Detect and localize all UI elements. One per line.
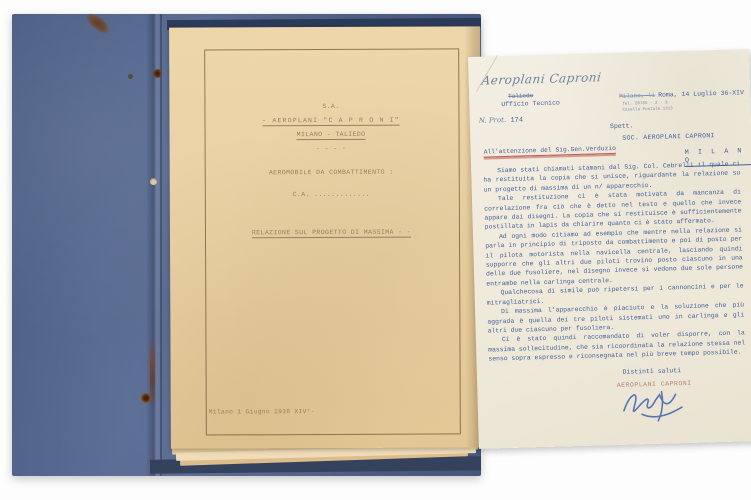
letter-body: Siamo stati chiamati stamani dal Sig. Co… — [483, 159, 745, 364]
cover-dateline: Milano 1 Giugno 1936 XIV°- — [209, 408, 315, 415]
cover-title: RELAZIONE SUL PROGETTO DI MASSIMA - - — [205, 228, 458, 236]
dateline-text: Roma, 14 Luglio 36-XIV — [658, 89, 744, 98]
cover-company-name: - AEROPLANI "C A P R O N I" — [204, 116, 457, 124]
attention-text: All'attenzione del Sig.Gen.Verduzio — [484, 145, 616, 158]
struck-place: Milano, li — [619, 92, 655, 100]
letter-closing: Distinti saluti — [597, 366, 707, 376]
cover-company-abbrev: S.A. — [204, 102, 457, 110]
attention-line: All'attenzione del Sig.Gen.Verduzio — [484, 145, 616, 156]
protocol-label: N. Prot. — [479, 116, 507, 125]
cover-subject: AEROMOBILE DA COMBATTIMENTO : — [205, 168, 458, 176]
folder-crease-line — [160, 14, 162, 476]
cover-location-text: MILANO - TALIEDO — [297, 131, 366, 140]
rusty-rivet — [141, 393, 151, 403]
letterhead-phone: Tel. 50789 - 2 - 3 — [622, 101, 667, 106]
protocol-number: N. Prot. 174 — [479, 115, 523, 125]
cover-separator: - - - - — [205, 144, 458, 152]
handwritten-signature — [617, 387, 692, 425]
recipient-salutation: Spett. — [610, 122, 634, 130]
letterhead-office: Ufficio Tecnico — [501, 99, 560, 108]
cover-title-text: RELAZIONE SUL PROGETTO DI MASSIMA - - — [252, 229, 411, 239]
typed-letter: Aeroplani Caproni Taliedo Ufficio Tecnic… — [468, 49, 751, 449]
cover-designation: C.A. ............. — [205, 190, 458, 198]
rusty-rivet — [153, 69, 162, 78]
typed-cover-page: S.A. - AEROPLANI "C A P R O N I" MILANO … — [169, 26, 482, 448]
protocol-value: 174 — [510, 116, 523, 124]
letterhead-logo: Aeroplani Caproni — [481, 70, 602, 87]
cover-location: MILANO - TALIEDO — [205, 130, 458, 138]
letter-paragraph: Ci è stato quindi raccomandato di voler … — [488, 329, 746, 364]
letter-paragraph: Ad ogni modo citiamo ad esempio che ment… — [485, 225, 743, 289]
letterhead-struck-office: Taliedo — [508, 92, 533, 100]
recipient-company: SOC. AEROPLANI CAPRONI — [622, 132, 715, 142]
rust-spot — [128, 74, 133, 79]
punch-hole — [150, 178, 157, 185]
letterhead-postal: Casella Postale 1313 — [623, 107, 673, 112]
cover-company-name-text: - AEROPLANI "C A P R O N I" — [262, 117, 400, 127]
photograph-of-archive-documents: S.A. - AEROPLANI "C A P R O N I" MILANO … — [0, 0, 751, 500]
letter-dateline: Milano, liRoma, 14 Luglio 36-XIV — [619, 89, 744, 99]
